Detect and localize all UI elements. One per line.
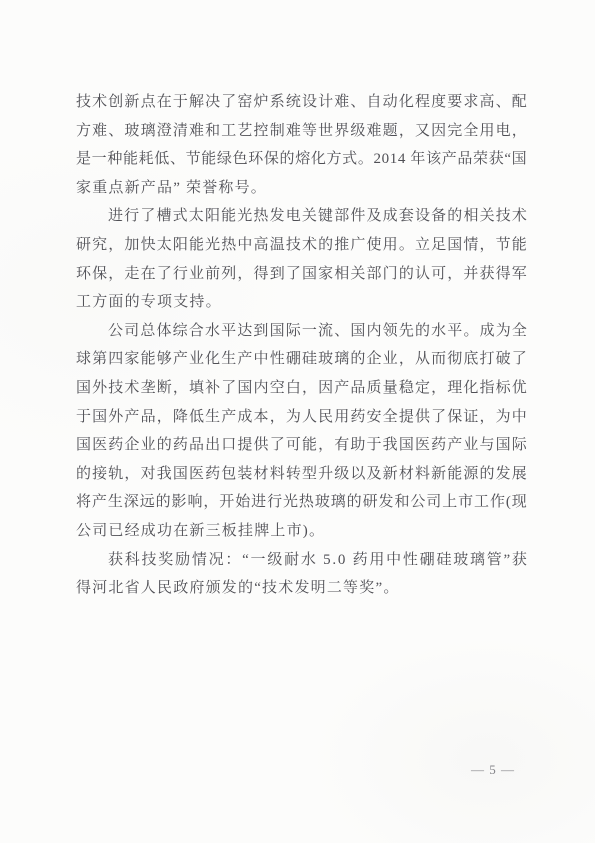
page-number: — 5 — xyxy=(471,762,531,778)
text-line: 技术创新点在于解决了窑炉系统设计难、自动化程度要求高、配 xyxy=(76,88,527,117)
paragraph: 进行了槽式太阳能光热发电关键部件及成套设备的相关技术研究，加快太阳能光热中高温技… xyxy=(76,202,527,316)
paragraph: 公司总体综合水平达到国际一流、国内领先的水平。成为全球第四家能够产业化生产中性硼… xyxy=(76,317,527,546)
text-line: 公司已经成功在新三板挂牌上市)。 xyxy=(76,517,527,546)
text-line: 将产生深远的影响，开始进行光热玻璃的研发和公司上市工作(现 xyxy=(76,488,527,517)
text-line: 国医药企业的药品出口提供了可能，有助于我国医药产业与国际 xyxy=(76,431,527,460)
text-line: 公司总体综合水平达到国际一流、国内领先的水平。成为全 xyxy=(76,317,527,346)
text-line: 研究，加快太阳能光热中高温技术的推广使用。立足国情，节能 xyxy=(76,231,527,260)
text-line: 环保，走在了行业前列，得到了国家相关部门的认可，并获得军 xyxy=(76,260,527,289)
text-line: 的接轨，对我国医药包装材料转型升级以及新材料新能源的发展 xyxy=(76,460,527,489)
text-line: 球第四家能够产业化生产中性硼硅玻璃的企业，从而彻底打破了 xyxy=(76,345,527,374)
text-line: 得河北省人民政府颁发的“技术发明二等奖”。 xyxy=(76,574,527,603)
text-line: 工方面的专项支持。 xyxy=(76,288,527,317)
text-line: 国外技术垄断，填补了国内空白，因产品质量稳定，理化指标优 xyxy=(76,374,527,403)
paragraph: 技术创新点在于解决了窑炉系统设计难、自动化程度要求高、配方难、玻璃澄清难和工艺控… xyxy=(76,88,527,202)
text-line: 方难、玻璃澄清难和工艺控制难等世界级难题，又因完全用电， xyxy=(76,117,527,146)
scanned-document-page: 技术创新点在于解决了窑炉系统设计难、自动化程度要求高、配方难、玻璃澄清难和工艺控… xyxy=(0,0,595,843)
text-line: 家重点新产品” 荣誉称号。 xyxy=(76,174,527,203)
text-line: 于国外产品，降低生产成本，为人民用药安全提供了保证，为中 xyxy=(76,403,527,432)
text-line: 获科技奖励情况：“一级耐水 5.0 药用中性硼硅玻璃管”获 xyxy=(76,546,527,575)
paragraph: 获科技奖励情况：“一级耐水 5.0 药用中性硼硅玻璃管”获得河北省人民政府颁发的… xyxy=(76,546,527,603)
text-line: 进行了槽式太阳能光热发电关键部件及成套设备的相关技术 xyxy=(76,202,527,231)
text-line: 是一种能耗低、节能绿色环保的熔化方式。2014 年该产品荣获“国 xyxy=(76,145,527,174)
document-body: 技术创新点在于解决了窑炉系统设计难、自动化程度要求高、配方难、玻璃澄清难和工艺控… xyxy=(76,88,527,603)
